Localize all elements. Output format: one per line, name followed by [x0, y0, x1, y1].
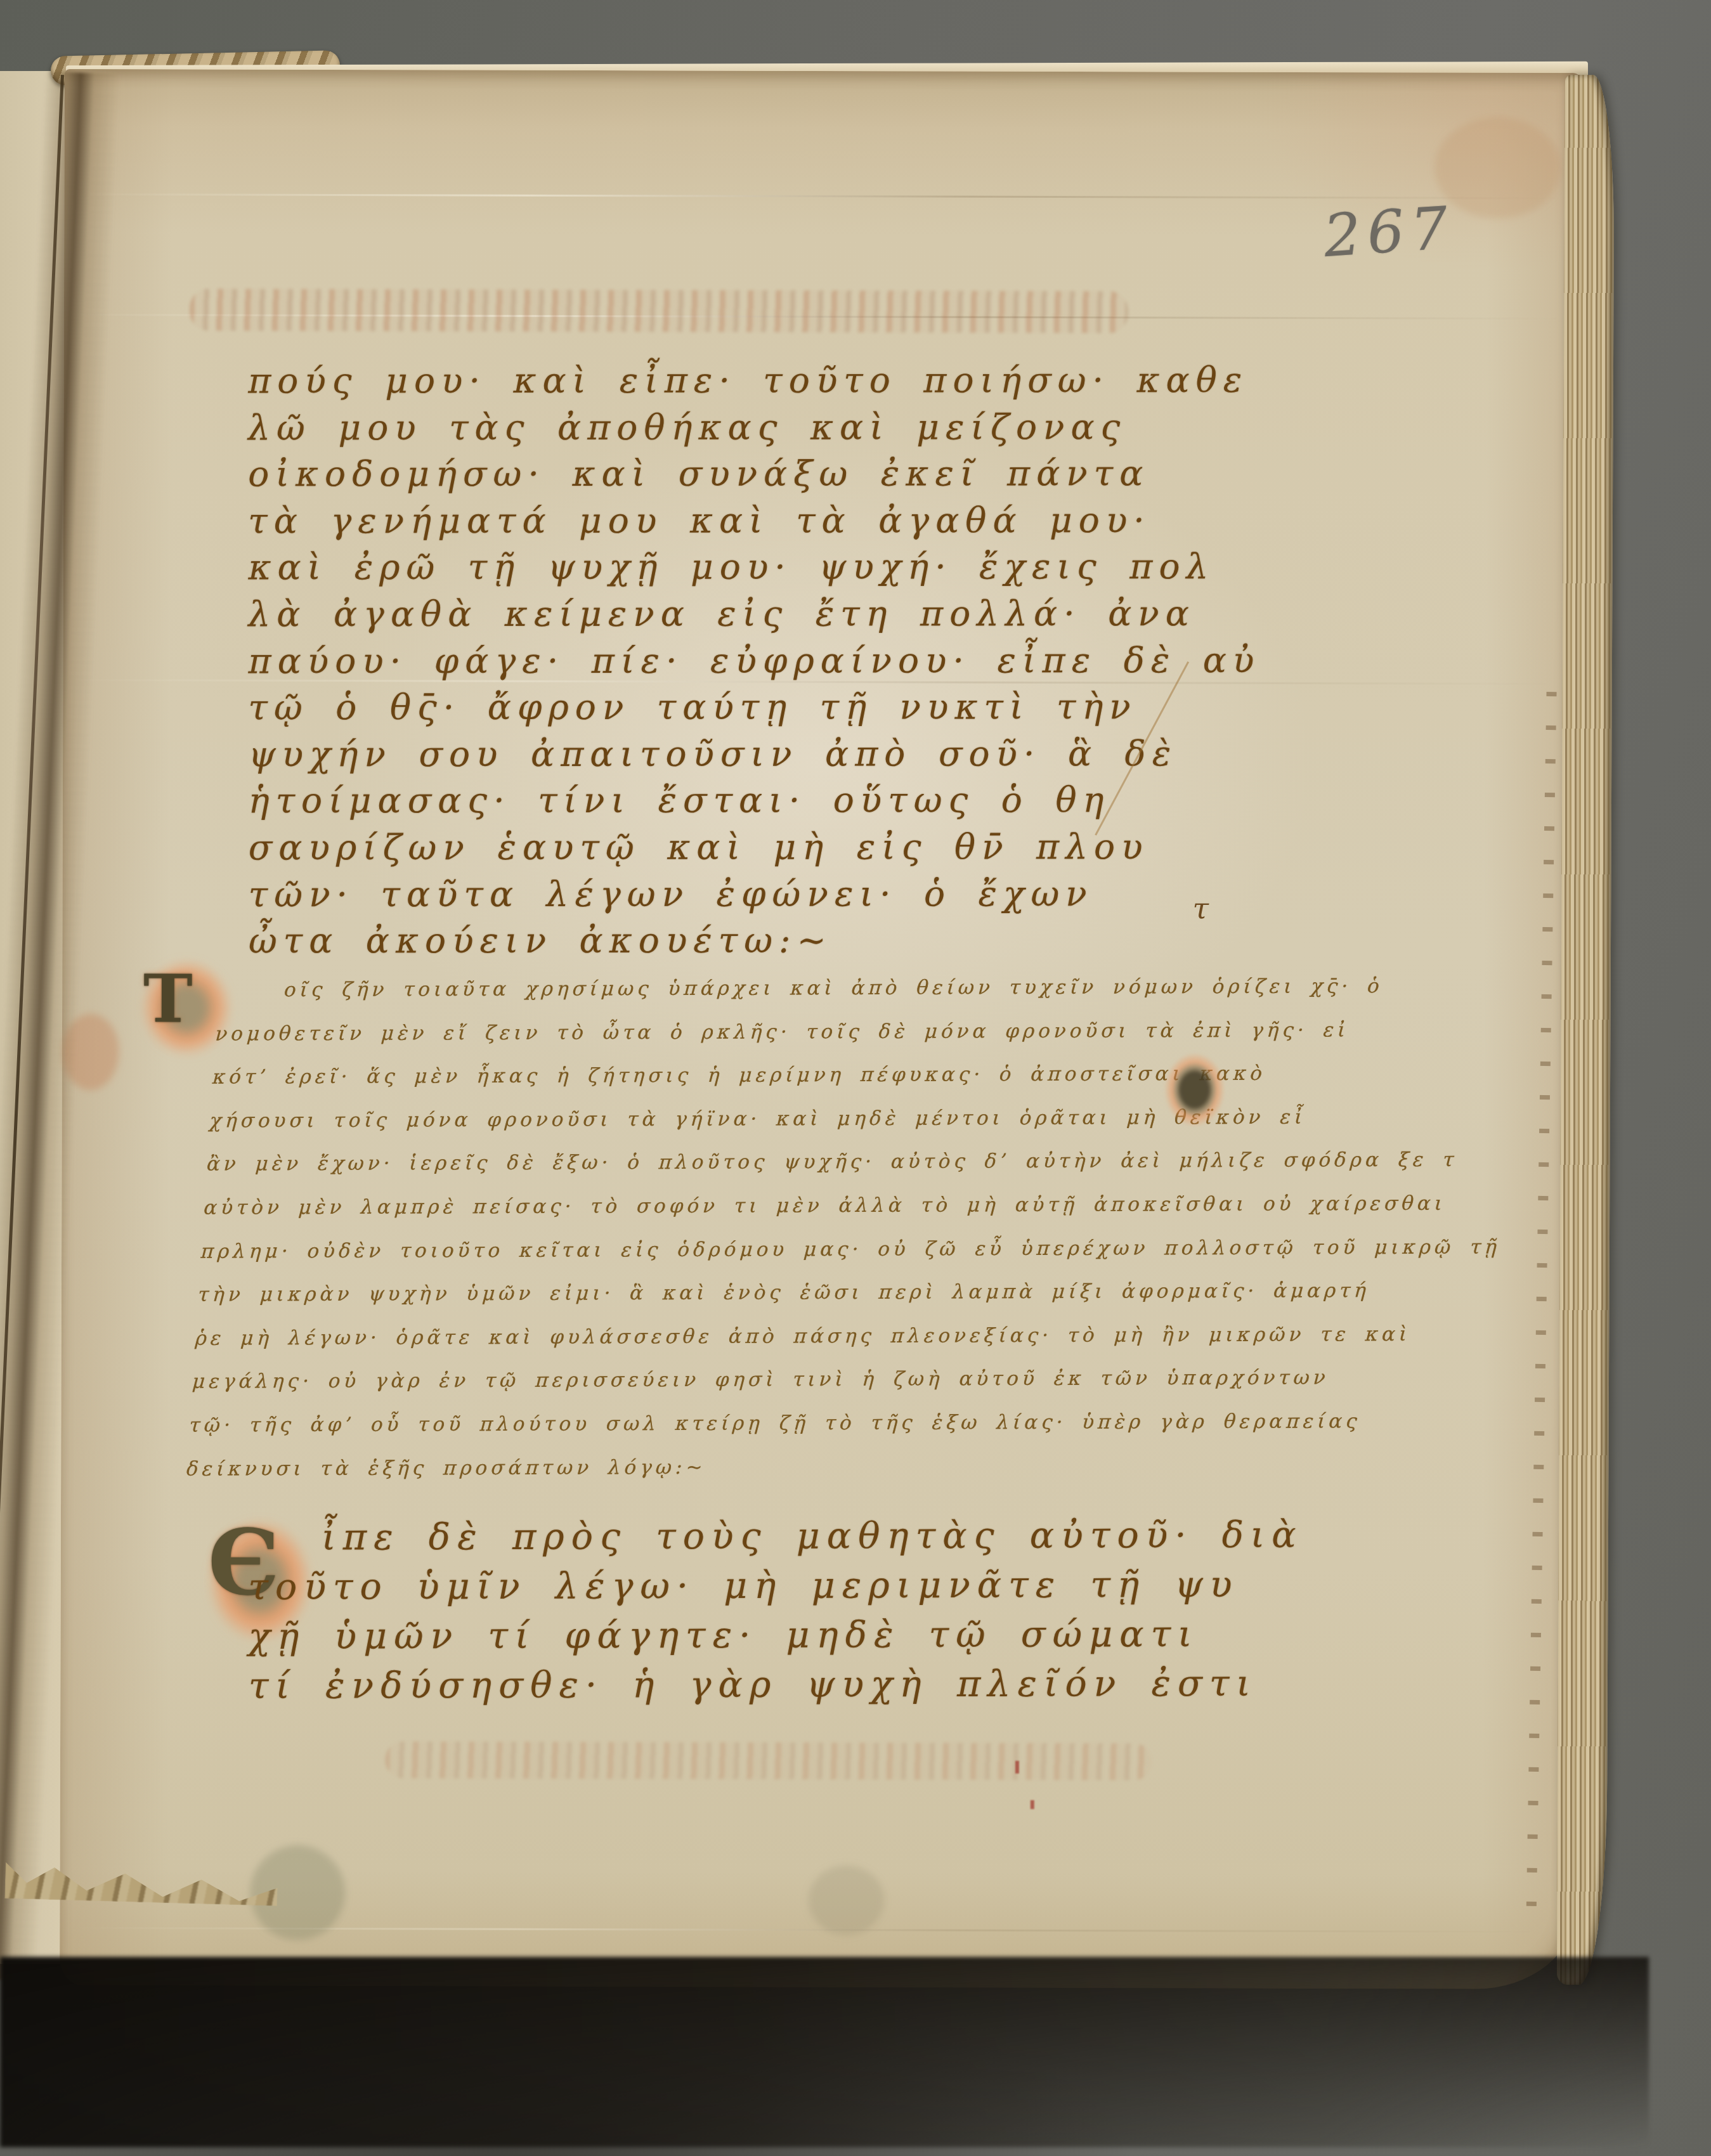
gospel-text-block-1: πούς μου· καὶ εἶπε· τοῦτο ποιήσω· καθε λ…: [248, 357, 1261, 964]
gospel-line: τὰ γενήματά μου καὶ τὰ ἀγαθά μου·: [248, 497, 1260, 545]
gospel-line: παύου· φάγε· πίε· εὐφραίνου· εἶπε δὲ αὐ: [248, 637, 1260, 685]
gospel-line: τοῦτο ὑμῖν λέγω· μὴ μεριμνᾶτε τῇ ψυ: [248, 1560, 1303, 1612]
ink-blot: [1157, 1043, 1233, 1136]
gospel-line: οἰκοδομήσω· καὶ συνάξω ἐκεῖ πάντα: [248, 450, 1260, 498]
commentary-line: μεγάλης· οὐ γὰρ ἐν τῷ περισσεύειν φησὶ τ…: [191, 1356, 1493, 1404]
red-speck: [1031, 1800, 1034, 1809]
commentary-line: νομοθετεῖν μὲν εἴ ζειν τὸ ὦτα ὁ ρκλῆς· τ…: [214, 1008, 1516, 1056]
parchment-page: 267 πούς μου· καὶ εἶπε· τοῦτο ποιήσω· κα…: [60, 69, 1582, 1989]
fore-edge-pages: [1557, 75, 1615, 1985]
gospel-line: τῷ ὁ θς̄· ἄφρον ταύτῃ τῇ νυκτὶ τὴν: [249, 684, 1261, 731]
commentary-line: κότ’ ἐρεῖ· ἅς μὲν ἧκας ἡ ζήτησις ἡ μερίμ…: [211, 1051, 1514, 1100]
commentary-line: τὴν μικρὰν ψυχὴν ὑμῶν εἰμι· ἃ καὶ ἑνὸς ἑ…: [197, 1269, 1499, 1317]
gospel-line: ὦτα ἀκούειν ἀκουέτω:~: [249, 917, 1261, 964]
gospel-line: λῶ μου τὰς ἀποθήκας καὶ μείζονας: [248, 404, 1260, 451]
commentary-line: ἂν μὲν ἔχων· ἱερεῖς δὲ ἔξω· ὁ πλοῦτος ψυ…: [205, 1138, 1508, 1186]
gospel-line: σαυρίζων ἑαυτῷ καὶ μὴ εἰς θν̄ πλου: [249, 824, 1261, 871]
gospel-line: ἶπε δὲ πρὸς τοὺς μαθητὰς αὐτοῦ· διὰ: [248, 1510, 1303, 1562]
stain: [1434, 117, 1561, 219]
gospel-line: ἡτοίμασας· τίνι ἔσται· οὕτως ὁ θη: [249, 777, 1261, 824]
gospel-line: καὶ ἐρῶ τῇ ψυχῇ μου· ψυχή· ἔχεις πολ: [248, 543, 1260, 591]
pricking-marks: [1526, 663, 1558, 1918]
bleedthrough-footer-line: [385, 1741, 1152, 1780]
gospel-line: ψυχήν σου ἀπαιτοῦσιν ἀπὸ σοῦ· ἃ δὲ: [249, 731, 1261, 778]
commentary-line: ῥε μὴ λέγων· ὁρᾶτε καὶ φυλάσσεσθε ἀπὸ πά…: [194, 1312, 1497, 1360]
book-shadow: [0, 1957, 1649, 2147]
bleedthrough-header-line: [190, 289, 1128, 333]
parchment-crease: [83, 193, 1561, 199]
commentary-line: αὐτὸν μὲν λαμπρὲ πείσας· τὸ σοφόν τι μὲν…: [202, 1182, 1505, 1230]
gospel-line: λὰ ἀγαθὰ κείμενα εἰς ἔτη πολλά· ἀνα: [248, 590, 1260, 638]
commentary-line: οῖς ζῆν τοιαῦτα χρησίμως ὑπάρχει καὶ ἀπὸ…: [217, 964, 1519, 1012]
commentary-block: οῖς ζῆν τοιαῦτα χρησίμως ὑπάρχει καὶ ἀπὸ…: [185, 964, 1519, 1490]
margin-tau-mark: τ: [1192, 892, 1209, 926]
gospel-text-block-2: ἶπε δὲ πρὸς τοὺς μαθητὰς αὐτοῦ· διὰ τοῦτ…: [248, 1510, 1303, 1711]
commentary-line: δείκνυσι τὰ ἑξῆς προσάπτων λόγῳ:~: [185, 1443, 1488, 1491]
commentary-line: τῷ· τῆς ἀφ’ οὗ τοῦ πλούτου σωλ κτείρῃ ζῇ…: [188, 1399, 1490, 1448]
commentary-line: χήσουσι τοῖς μόνα φρονοῦσι τὰ γήϊνα· καὶ…: [208, 1094, 1511, 1143]
red-speck: [1015, 1761, 1019, 1774]
commentary-line: πρλημ· οὐδὲν τοιοῦτο κεῖται εἰς ὁδρόμου …: [200, 1225, 1502, 1273]
gospel-line: τῶν· ταῦτα λέγων ἐφώνει· ὁ ἔχων: [249, 871, 1261, 918]
gospel-line: πούς μου· καὶ εἶπε· τοῦτο ποιήσω· καθε: [248, 357, 1260, 405]
initial-tau: Τ: [143, 959, 193, 1037]
stain: [808, 1866, 884, 1935]
gospel-line: τί ἐνδύσησθε· ἡ γὰρ ψυχὴ πλεῖόν ἐστι: [249, 1659, 1304, 1711]
gospel-line: χῇ ὑμῶν τί φάγητε· μηδὲ τῷ σώματι: [249, 1609, 1304, 1661]
folio-number: 267: [1322, 194, 1456, 271]
